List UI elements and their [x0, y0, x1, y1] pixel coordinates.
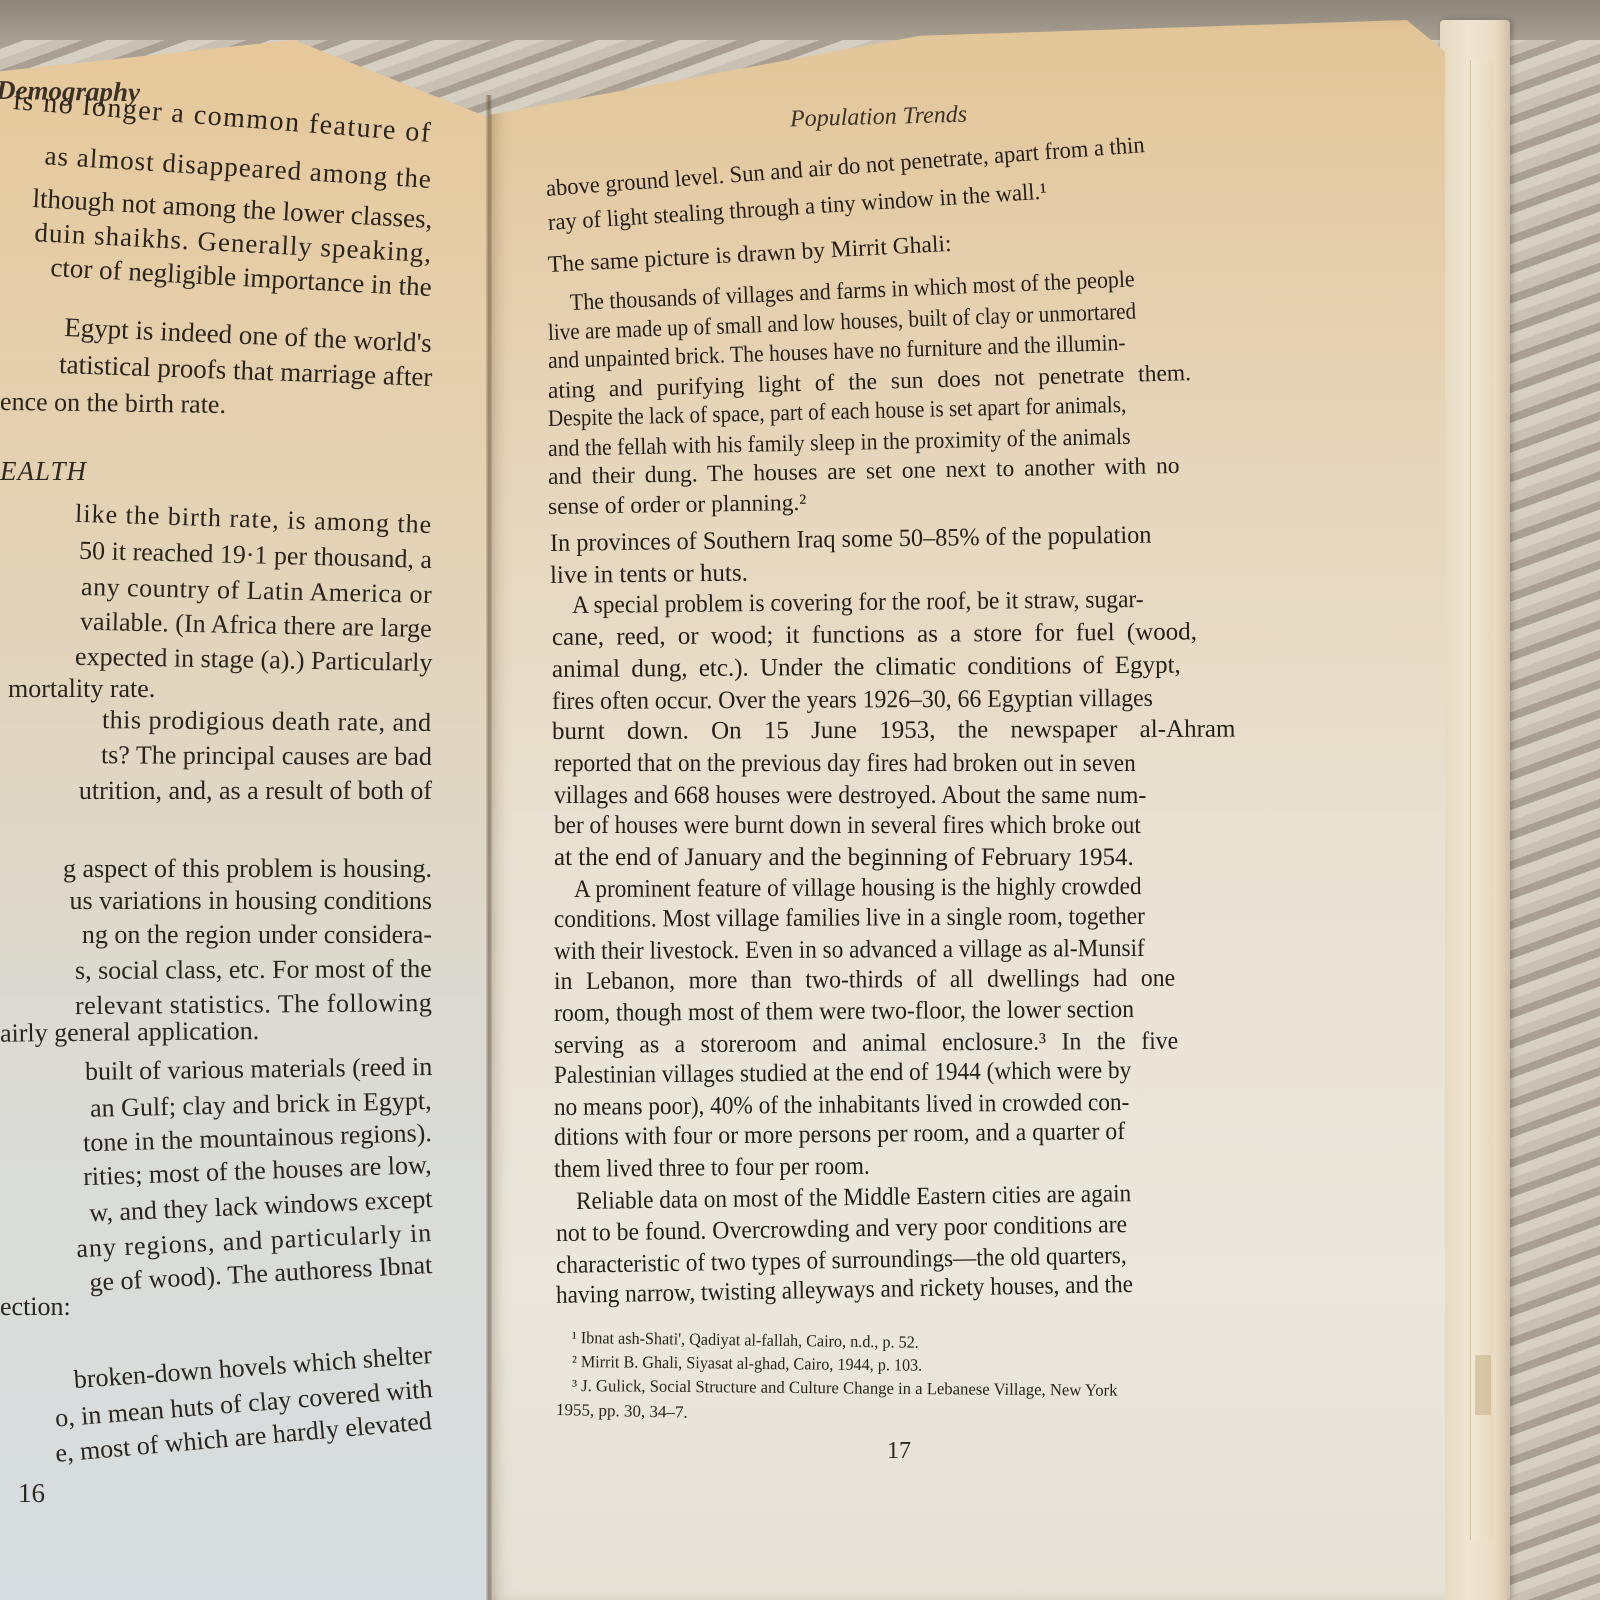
- right-page-text: Population Trends above ground level. Su…: [0, 0, 1600, 1600]
- text-line: room, though most of them were two-floor…: [554, 996, 1134, 1028]
- footnote-3-continued: 1955, pp. 30, 34–7.: [556, 1400, 688, 1423]
- text-line: A special problem is covering for the ro…: [572, 586, 1144, 620]
- text-line: them lived three to four per room.: [554, 1153, 870, 1184]
- text-line: Palestinian villages studied at the end …: [554, 1057, 1131, 1090]
- text-line: serving as a storeroom and animal enclos…: [554, 1028, 1178, 1060]
- footnote-2: ² Mirrit B. Ghali, Siyasat al-ghad, Cair…: [572, 1352, 922, 1376]
- text-line: reported that on the previous day fires …: [554, 750, 1136, 778]
- text-line: live in tents or huts.: [550, 560, 748, 590]
- text-line: Reliable data on most of the Middle East…: [576, 1180, 1132, 1216]
- text-line: ber of houses were burnt down in several…: [554, 812, 1141, 840]
- text-line: The same picture is drawn by Mirrit Ghal…: [547, 231, 952, 279]
- text-line: in Lebanon, more than two-thirds of all …: [554, 965, 1175, 996]
- text-line: not to be found. Overcrowding and very p…: [556, 1211, 1128, 1248]
- right-page-number: 17: [887, 1438, 911, 1465]
- text-line: In provinces of Southern Iraq some 50–85…: [550, 522, 1152, 558]
- text-line: animal dung, etc.). Under the climatic c…: [552, 652, 1181, 684]
- text-line: no means poor), 40% of the inhabitants l…: [554, 1089, 1130, 1122]
- text-line: cane, reed, or wood; it functions as a s…: [552, 618, 1197, 652]
- text-line: at the end of January and the beginning …: [554, 844, 1134, 872]
- quote-line: sense of order or planning.²: [548, 490, 807, 521]
- text-line: A prominent feature of village housing i…: [574, 873, 1142, 904]
- text-line: conditions. Most village families live i…: [554, 903, 1145, 934]
- footnote-3: ³ J. Gulick, Social Structure and Cultur…: [572, 1376, 1118, 1401]
- right-running-head: Population Trends: [790, 102, 968, 134]
- text-line: burnt down. On 15 June 1953, the newspap…: [552, 716, 1236, 746]
- text-line: villages and 668 houses were destroyed. …: [554, 782, 1146, 810]
- text-line: ditions with four or more persons per ro…: [554, 1118, 1125, 1152]
- footnote-1: ¹ Ibnat ash-Shati', Qadiyat al-fallah, C…: [572, 1328, 919, 1353]
- text-line: fires often occur. Over the years 1926–3…: [552, 685, 1153, 716]
- text-line: with their livestock. Even in so advance…: [554, 935, 1145, 966]
